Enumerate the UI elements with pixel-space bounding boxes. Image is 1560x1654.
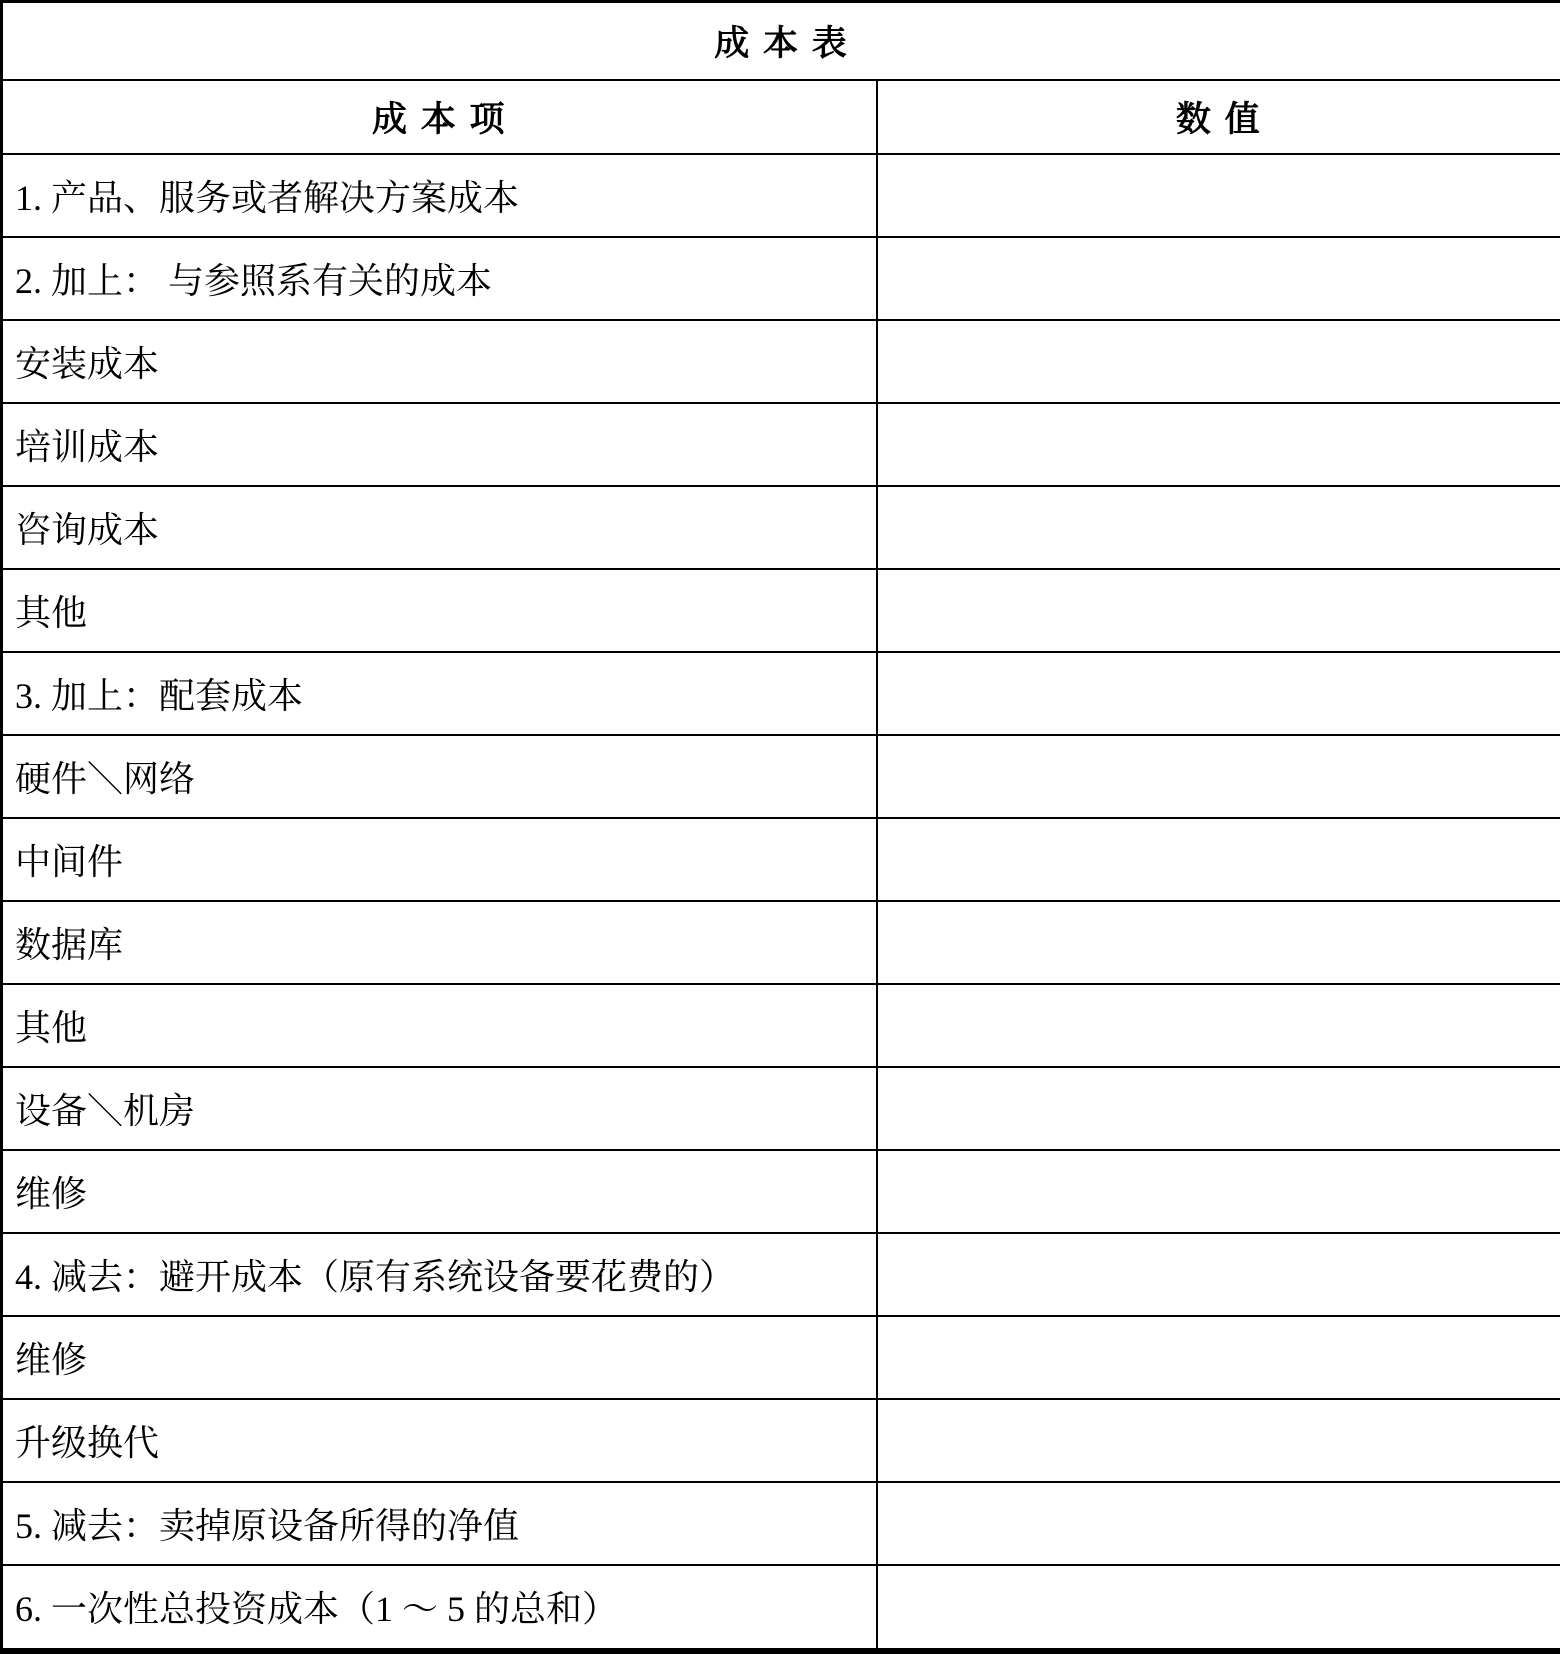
cost-item-cell: 维修: [2, 1150, 877, 1233]
value-cell: [877, 1150, 1560, 1233]
table-row: 维修: [2, 1316, 1560, 1399]
column-header-value: 数 值: [877, 80, 1560, 154]
value-cell: [877, 735, 1560, 818]
cost-item-cell: 2. 加上： 与参照系有关的成本: [2, 237, 877, 320]
cost-item-cell: 3. 加上：配套成本: [2, 652, 877, 735]
value-cell: [877, 1565, 1560, 1651]
value-cell: [877, 569, 1560, 652]
value-cell: [877, 652, 1560, 735]
value-cell: [877, 1482, 1560, 1565]
cost-item-cell: 硬件＼网络: [2, 735, 877, 818]
table-row: 安装成本: [2, 320, 1560, 403]
value-cell: [877, 1233, 1560, 1316]
title-row: 成 本 表: [2, 2, 1560, 80]
value-cell: [877, 818, 1560, 901]
cost-table: 成 本 表 成 本 项 数 值 1. 产品、服务或者解决方案成本 2. 加上： …: [0, 0, 1560, 1654]
cost-item-cell: 其他: [2, 569, 877, 652]
cost-item-cell: 安装成本: [2, 320, 877, 403]
value-cell: [877, 320, 1560, 403]
cost-item-cell: 升级换代: [2, 1399, 877, 1482]
table-title: 成 本 表: [2, 2, 1560, 80]
cost-item-cell: 数据库: [2, 901, 877, 984]
table-row: 咨询成本: [2, 486, 1560, 569]
cost-item-cell: 设备＼机房: [2, 1067, 877, 1150]
cost-item-cell: 咨询成本: [2, 486, 877, 569]
table-row: 其他: [2, 569, 1560, 652]
header-row: 成 本 项 数 值: [2, 80, 1560, 154]
column-header-cost-item: 成 本 项: [2, 80, 877, 154]
value-cell: [877, 1067, 1560, 1150]
cost-item-cell: 培训成本: [2, 403, 877, 486]
value-cell: [877, 154, 1560, 237]
cost-item-cell: 1. 产品、服务或者解决方案成本: [2, 154, 877, 237]
table-row: 6. 一次性总投资成本（1 ～ 5 的总和）: [2, 1565, 1560, 1651]
value-cell: [877, 901, 1560, 984]
table-row: 升级换代: [2, 1399, 1560, 1482]
table-row: 5. 减去：卖掉原设备所得的净值: [2, 1482, 1560, 1565]
value-cell: [877, 237, 1560, 320]
document-page: 成 本 表 成 本 项 数 值 1. 产品、服务或者解决方案成本 2. 加上： …: [0, 0, 1560, 1654]
cost-item-cell: 6. 一次性总投资成本（1 ～ 5 的总和）: [2, 1565, 877, 1651]
table-row: 培训成本: [2, 403, 1560, 486]
value-cell: [877, 403, 1560, 486]
cost-item-cell: 维修: [2, 1316, 877, 1399]
table-row: 硬件＼网络: [2, 735, 1560, 818]
table-row: 4. 减去：避开成本（原有系统设备要花费的）: [2, 1233, 1560, 1316]
cost-item-cell: 中间件: [2, 818, 877, 901]
table-row: 设备＼机房: [2, 1067, 1560, 1150]
table-row: 其他: [2, 984, 1560, 1067]
table-row: 中间件: [2, 818, 1560, 901]
table-row: 维修: [2, 1150, 1560, 1233]
value-cell: [877, 1316, 1560, 1399]
cost-item-cell: 5. 减去：卖掉原设备所得的净值: [2, 1482, 877, 1565]
cost-item-cell: 其他: [2, 984, 877, 1067]
cost-item-cell: 4. 减去：避开成本（原有系统设备要花费的）: [2, 1233, 877, 1316]
table-row: 3. 加上：配套成本: [2, 652, 1560, 735]
table-row: 数据库: [2, 901, 1560, 984]
value-cell: [877, 486, 1560, 569]
value-cell: [877, 1399, 1560, 1482]
table-row: 1. 产品、服务或者解决方案成本: [2, 154, 1560, 237]
value-cell: [877, 984, 1560, 1067]
table-row: 2. 加上： 与参照系有关的成本: [2, 237, 1560, 320]
